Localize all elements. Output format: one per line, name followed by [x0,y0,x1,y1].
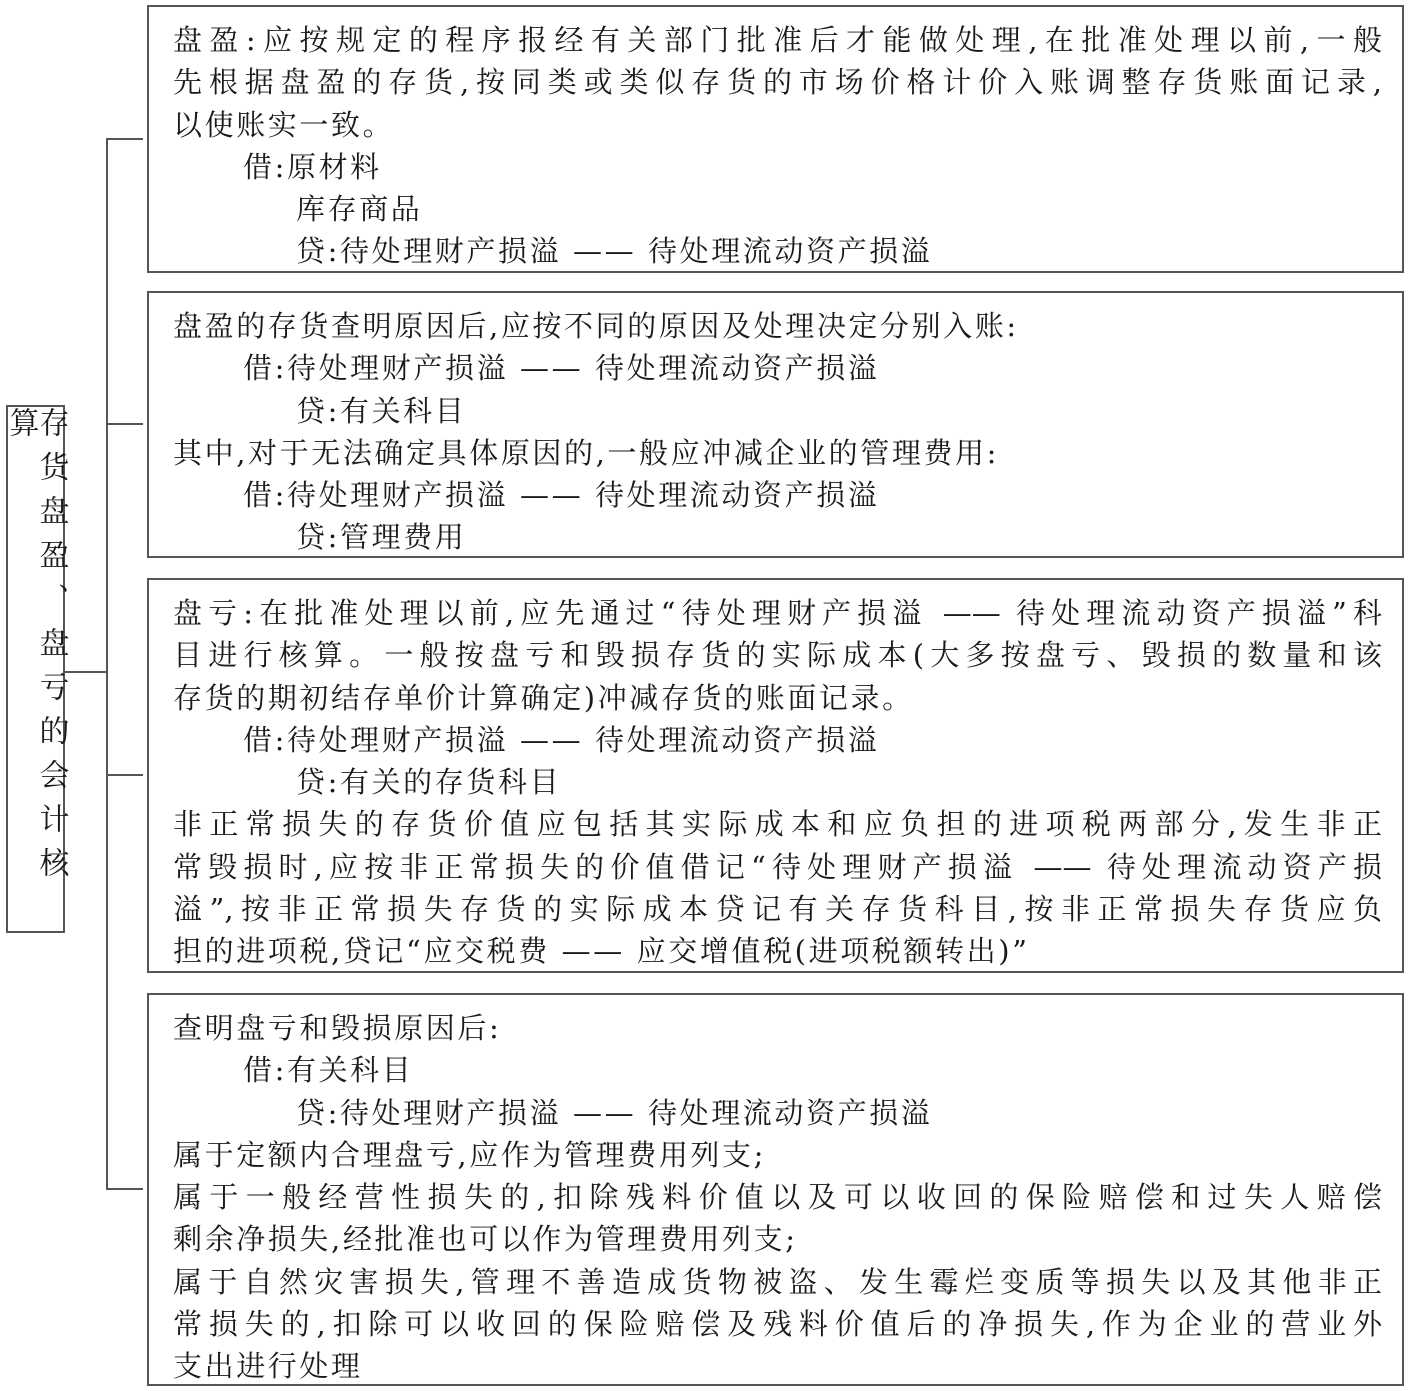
text-line: 溢”,按非正常损失存货的实际成本贷记有关存货科目,按非正常损失存货应负 [173,888,1382,930]
text-line: 支出进行处理 [173,1345,1382,1387]
text-line: 非正常损失的存货价值应包括其实际成本和应负担的进项税两部分,发生非正 [173,803,1382,845]
credit-entry: 贷:有关的存货科目 [173,761,1382,803]
branch-line-2 [106,423,143,425]
bracket-vertical-line [106,139,108,1190]
diagram-title: 存货盘盈、盘亏的会计核算 [6,407,66,931]
text-line: 以使账实一致。 [173,104,1382,146]
debit-entry-continued: 库存商品 [173,188,1382,230]
inventory-shortage-box: 盘亏:在批准处理以前,应先通过“待处理财产损溢 —— 待处理流动资产损溢”科 目… [147,578,1404,973]
branch-line-1 [106,138,143,140]
inventory-surplus-box: 盘盈:应按规定的程序报经有关部门批准后才能做处理,在批准处理以前,一般 先根据盘… [147,5,1404,273]
text-line: 属于定额内合理盘亏,应作为管理费用列支; [173,1134,1382,1176]
text-line: 属于一般经营性损失的,扣除残料价值以及可以收回的保险赔偿和过失人赔偿 [173,1176,1382,1218]
text-line: 盘盈的存货查明原因后,应按不同的原因及处理决定分别入账: [173,305,1382,347]
debit-entry: 借:待处理财产损溢 —— 待处理流动资产损溢 [173,347,1382,389]
debit-entry: 借:有关科目 [173,1049,1382,1091]
text-line: 剩余净损失,经批准也可以作为管理费用列支; [173,1218,1382,1260]
text-line: 担的进项税,贷记“应交税费 —— 应交增值税(进项税额转出)” [173,930,1382,972]
title-connector-line [65,671,108,673]
debit-entry: 借:待处理财产损溢 —— 待处理流动资产损溢 [173,474,1382,516]
branch-line-4 [106,1188,143,1190]
text-line: 盘盈:应按规定的程序报经有关部门批准后才能做处理,在批准处理以前,一般 [173,19,1382,61]
credit-entry: 贷:管理费用 [173,516,1382,558]
text-line: 常损失的,扣除可以收回的保险赔偿及残料价值后的净损失,作为企业的营业外 [173,1303,1382,1345]
text-line: 目进行核算。一般按盘亏和毁损存货的实际成本(大多按盘亏、毁损的数量和该 [173,634,1382,676]
credit-entry: 贷:待处理财产损溢 —— 待处理流动资产损溢 [173,1092,1382,1134]
branch-line-3 [106,774,143,776]
text-line: 存货的期初结存单价计算确定)冲减存货的账面记录。 [173,677,1382,719]
diagram-title-box: 存货盘盈、盘亏的会计核算 [6,405,65,933]
text-line: 常毁损时,应按非正常损失的价值借记“待处理财产损溢 —— 待处理流动资产损 [173,846,1382,888]
text-line: 其中,对于无法确定具体原因的,一般应冲减企业的管理费用: [173,432,1382,474]
debit-entry: 借:待处理财产损溢 —— 待处理流动资产损溢 [173,719,1382,761]
credit-entry: 贷:待处理财产损溢 —— 待处理流动资产损溢 [173,230,1382,272]
debit-entry: 借:原材料 [173,146,1382,188]
shortage-cause-box: 查明盘亏和毁损原因后: 借:有关科目 贷:待处理财产损溢 —— 待处理流动资产损… [147,993,1404,1386]
text-line: 查明盘亏和毁损原因后: [173,1007,1382,1049]
text-line: 盘亏:在批准处理以前,应先通过“待处理财产损溢 —— 待处理流动资产损溢”科 [173,592,1382,634]
credit-entry: 贷:有关科目 [173,390,1382,432]
text-line: 属于自然灾害损失,管理不善造成货物被盗、发生霉烂变质等损失以及其他非正 [173,1261,1382,1303]
surplus-cause-box: 盘盈的存货查明原因后,应按不同的原因及处理决定分别入账: 借:待处理财产损溢 —… [147,291,1404,558]
text-line: 先根据盘盈的存货,按同类或类似存货的市场价格计价入账调整存货账面记录, [173,61,1382,103]
